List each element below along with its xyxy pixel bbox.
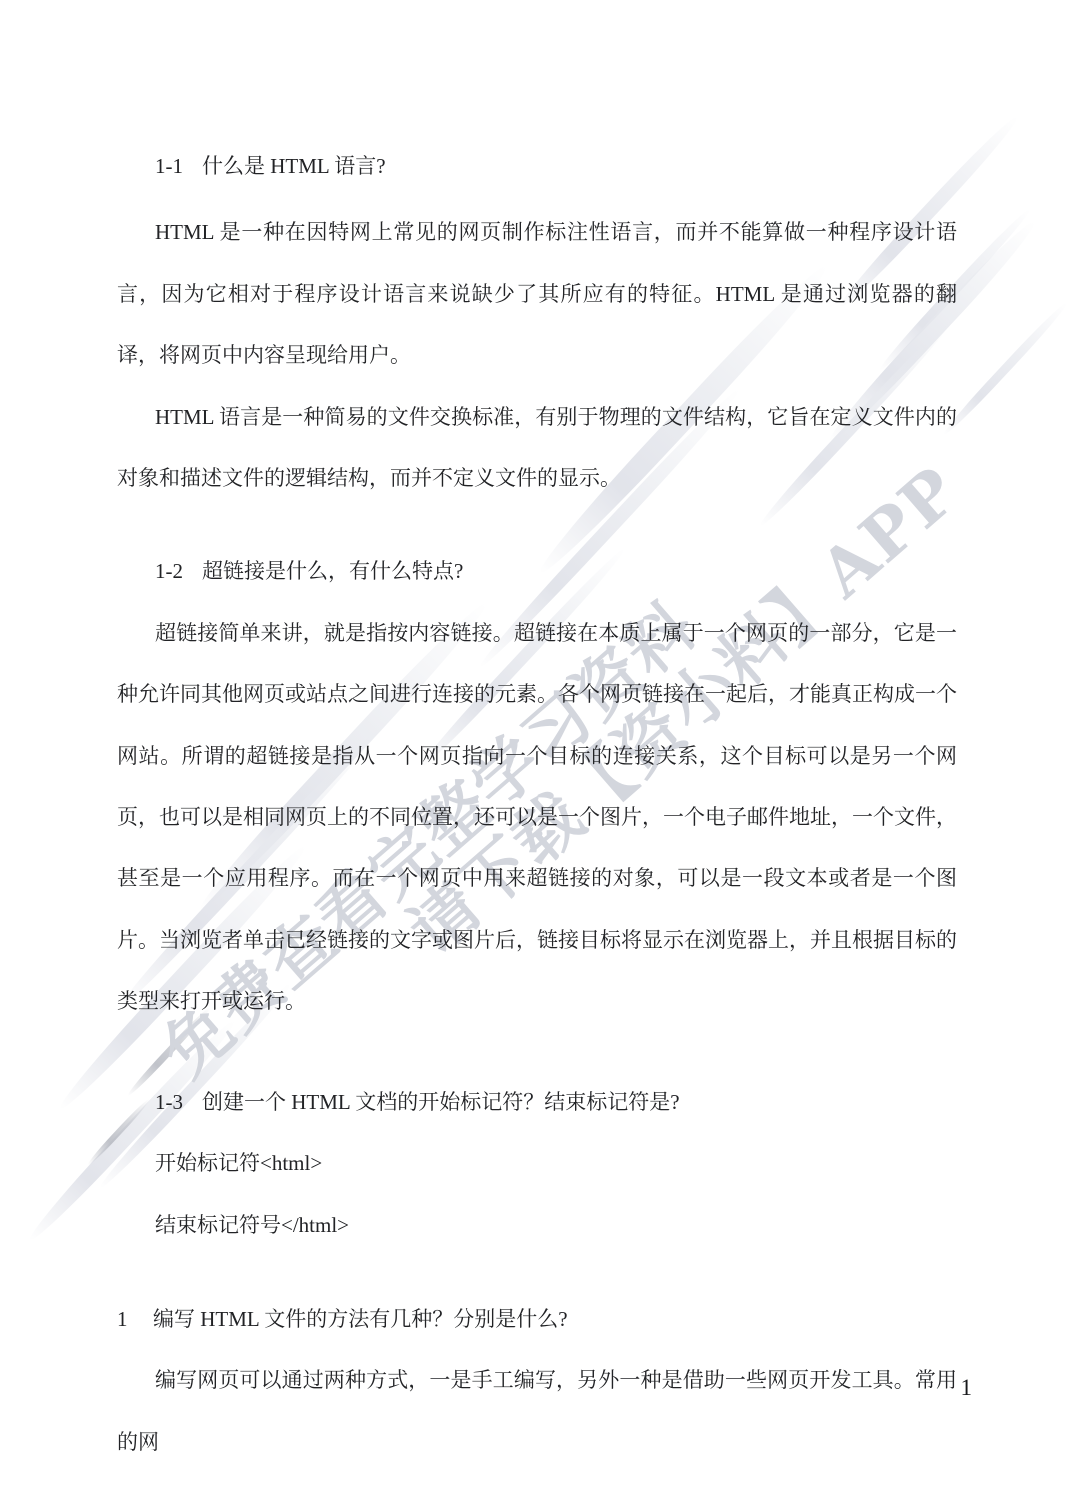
question-heading-1-2: 1-2超链接是什么，有什么特点? <box>117 541 957 602</box>
answer-paragraph: HTML 语言是一种简易的文件交换标准，有别于物理的文件结构，它旨在定义文件内的… <box>117 387 957 510</box>
question-heading-1-3: 1-3创建一个 HTML 文档的开始标记符？结束标记符是? <box>117 1072 957 1133</box>
document-page: 免费查看完整学习资料 请下载【资小料】APP 1-1什么是 HTML 语言? H… <box>0 0 1072 1492</box>
question-number: 1-1 <box>155 154 183 178</box>
question-number: 1 <box>117 1289 153 1350</box>
answer-end-tag-line: 结束标记符号</html> <box>117 1195 957 1256</box>
answer-paragraph: HTML 是一种在因特网上常见的网页制作标注性语言，而并不能算做一种程序设计语言… <box>117 202 957 386</box>
document-content: 1-1什么是 HTML 语言? HTML 是一种在因特网上常见的网页制作标注性语… <box>0 0 1072 1473</box>
question-heading-1-1: 1-1什么是 HTML 语言? <box>117 136 957 197</box>
answer-start-tag-line: 开始标记符<html> <box>117 1133 957 1194</box>
question-title: 什么是 HTML 语言? <box>202 154 386 178</box>
question-title: 编写 HTML 文件的方法有几种？分别是什么? <box>153 1307 568 1331</box>
question-title: 超链接是什么，有什么特点? <box>202 559 463 583</box>
answer-paragraph: 超链接简单来讲，就是指按内容链接。超链接在本质上属于一个网页的一部分，它是一种允… <box>117 603 957 1033</box>
question-title: 创建一个 HTML 文档的开始标记符？结束标记符是? <box>202 1090 680 1114</box>
question-number: 1-2 <box>155 559 183 583</box>
answer-paragraph: 编写网页可以通过两种方式，一是手工编写，另外一种是借助一些网页开发工具。常用的网 <box>117 1350 957 1473</box>
question-number: 1-3 <box>155 1090 183 1114</box>
question-heading-1: 1编写 HTML 文件的方法有几种？分别是什么? <box>117 1289 957 1350</box>
page-number: 1 <box>961 1375 973 1401</box>
